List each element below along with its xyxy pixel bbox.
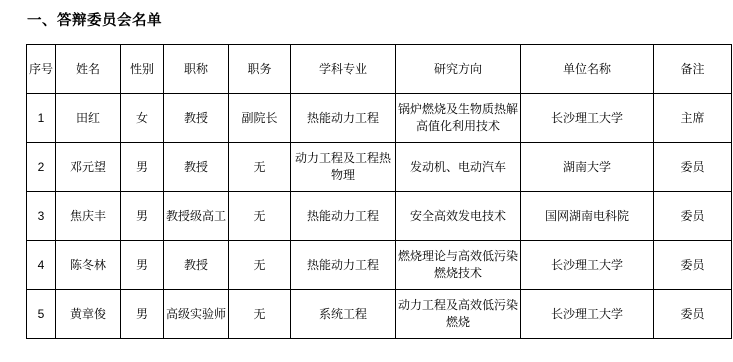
header-cell-gender: 性别 [121, 45, 164, 94]
table-header-row: 序号 姓名 性别 职称 职务 学科专业 研究方向 单位名称 备注 [27, 45, 732, 94]
cell-name: 焦庆丰 [56, 192, 121, 241]
cell-name: 陈冬林 [56, 241, 121, 290]
cell-research: 发动机、电动汽车 [396, 143, 521, 192]
cell-research: 安全高效发电技术 [396, 192, 521, 241]
cell-title: 教授 [164, 241, 229, 290]
header-cell-remark: 备注 [654, 45, 732, 94]
header-cell-name: 姓名 [56, 45, 121, 94]
cell-title: 教授级高工 [164, 192, 229, 241]
cell-remark: 委员 [654, 143, 732, 192]
cell-gender: 男 [121, 143, 164, 192]
cell-title: 教授 [164, 94, 229, 143]
cell-position: 无 [229, 192, 291, 241]
cell-name: 黄章俊 [56, 290, 121, 339]
header-cell-position: 职务 [229, 45, 291, 94]
cell-name: 田红 [56, 94, 121, 143]
header-cell-no: 序号 [27, 45, 56, 94]
cell-remark: 委员 [654, 192, 732, 241]
cell-gender: 女 [121, 94, 164, 143]
cell-position: 无 [229, 290, 291, 339]
cell-organization: 长沙理工大学 [521, 94, 654, 143]
cell-gender: 男 [121, 290, 164, 339]
table-row: 4 陈冬林 男 教授 无 热能动力工程 燃烧理论与高效低污染 燃烧技术 长沙理工… [27, 241, 732, 290]
cell-title: 高级实验师 [164, 290, 229, 339]
cell-remark: 委员 [654, 290, 732, 339]
header-cell-discipline: 学科专业 [291, 45, 396, 94]
cell-discipline: 系统工程 [291, 290, 396, 339]
cell-research: 燃烧理论与高效低污染 燃烧技术 [396, 241, 521, 290]
table-row: 5 黄章俊 男 高级实验师 无 系统工程 动力工程及高效低污染 燃烧 长沙理工大… [27, 290, 732, 339]
cell-title: 教授 [164, 143, 229, 192]
cell-gender: 男 [121, 192, 164, 241]
cell-name: 邓元望 [56, 143, 121, 192]
cell-no: 2 [27, 143, 56, 192]
cell-organization: 国网湖南电科院 [521, 192, 654, 241]
cell-no: 1 [27, 94, 56, 143]
committee-table: 序号 姓名 性别 职称 职务 学科专业 研究方向 单位名称 备注 1 田红 女 … [26, 44, 732, 339]
cell-organization: 湖南大学 [521, 143, 654, 192]
header-cell-title: 职称 [164, 45, 229, 94]
cell-position: 无 [229, 143, 291, 192]
cell-no: 5 [27, 290, 56, 339]
table-row: 3 焦庆丰 男 教授级高工 无 热能动力工程 安全高效发电技术 国网湖南电科院 … [27, 192, 732, 241]
cell-remark: 委员 [654, 241, 732, 290]
cell-gender: 男 [121, 241, 164, 290]
cell-organization: 长沙理工大学 [521, 290, 654, 339]
cell-research: 锅炉燃烧及生物质热解 高值化利用技术 [396, 94, 521, 143]
cell-position: 无 [229, 241, 291, 290]
header-cell-research: 研究方向 [396, 45, 521, 94]
cell-discipline: 动力工程及工程热 物理 [291, 143, 396, 192]
cell-discipline: 热能动力工程 [291, 192, 396, 241]
page-title: 一、答辩委员会名单 [27, 9, 162, 30]
table-row: 1 田红 女 教授 副院长 热能动力工程 锅炉燃烧及生物质热解 高值化利用技术 … [27, 94, 732, 143]
header-cell-organization: 单位名称 [521, 45, 654, 94]
cell-research: 动力工程及高效低污染 燃烧 [396, 290, 521, 339]
cell-discipline: 热能动力工程 [291, 241, 396, 290]
cell-discipline: 热能动力工程 [291, 94, 396, 143]
cell-organization: 长沙理工大学 [521, 241, 654, 290]
cell-position: 副院长 [229, 94, 291, 143]
table-row: 2 邓元望 男 教授 无 动力工程及工程热 物理 发动机、电动汽车 湖南大学 委… [27, 143, 732, 192]
cell-no: 3 [27, 192, 56, 241]
cell-remark: 主席 [654, 94, 732, 143]
cell-no: 4 [27, 241, 56, 290]
